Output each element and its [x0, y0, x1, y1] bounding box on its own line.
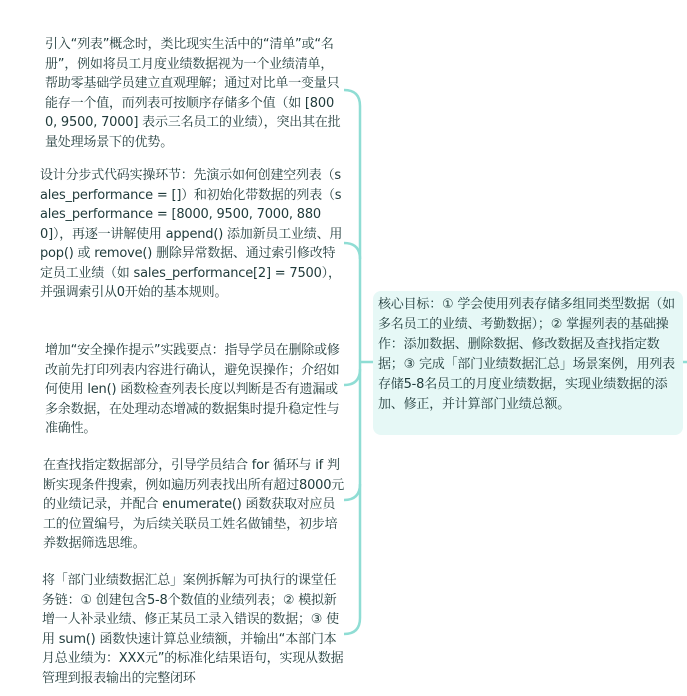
branch-node-5-text: 将「部门业绩数据汇总」案例拆解为可执行的课堂任务链：① 创建包含5-8个数值的业… [42, 573, 343, 686]
branch-node-1[interactable]: 引入“列表”概念时，类比现实生活中的“清单”或“名册”，例如将员工月度业绩数据视… [45, 35, 345, 152]
branch-node-2[interactable]: 设计分步式代码实操环节：先演示如何创建空列表（sales_performance… [40, 166, 345, 303]
branch-node-4-text: 在查找指定数据部分，引导学员结合 for 循环与 if 判断实现条件搜索，例如遍… [43, 458, 344, 551]
branch-node-2-text: 设计分步式代码实操环节：先演示如何创建空列表（sales_performance… [40, 168, 342, 300]
branch-node-3[interactable]: 增加“安全操作提示”实践要点：指导学员在删除或修改前先打印列表内容进行确认，避免… [45, 341, 345, 439]
branch-node-4[interactable]: 在查找指定数据部分，引导学员结合 for 循环与 if 判断实现条件搜索，例如遍… [43, 456, 345, 554]
center-node-text: 核心目标：① 学会使用列表存储多组同类型数据（如多名员工的业绩、考勤数据）；② … [378, 297, 675, 412]
branch-hook-4 [344, 484, 360, 500]
branch-hook-3 [344, 369, 360, 385]
branch-node-3-text: 增加“安全操作提示”实践要点：指导学员在删除或修改前先打印列表内容进行确认，避免… [45, 343, 340, 436]
branch-spine [344, 90, 360, 634]
branch-node-5[interactable]: 将「部门业绩数据汇总」案例拆解为可执行的课堂任务链：① 创建包含5-8个数值的业… [42, 571, 345, 688]
branch-node-1-text: 引入“列表”概念时，类比现实生活中的“清单”或“名册”，例如将员工月度业绩数据视… [45, 37, 340, 150]
center-node-core-goals[interactable]: 核心目标：① 学会使用列表存储多组同类型数据（如多名员工的业绩、考勤数据）；② … [373, 291, 683, 435]
branch-hook-2 [344, 243, 360, 259]
